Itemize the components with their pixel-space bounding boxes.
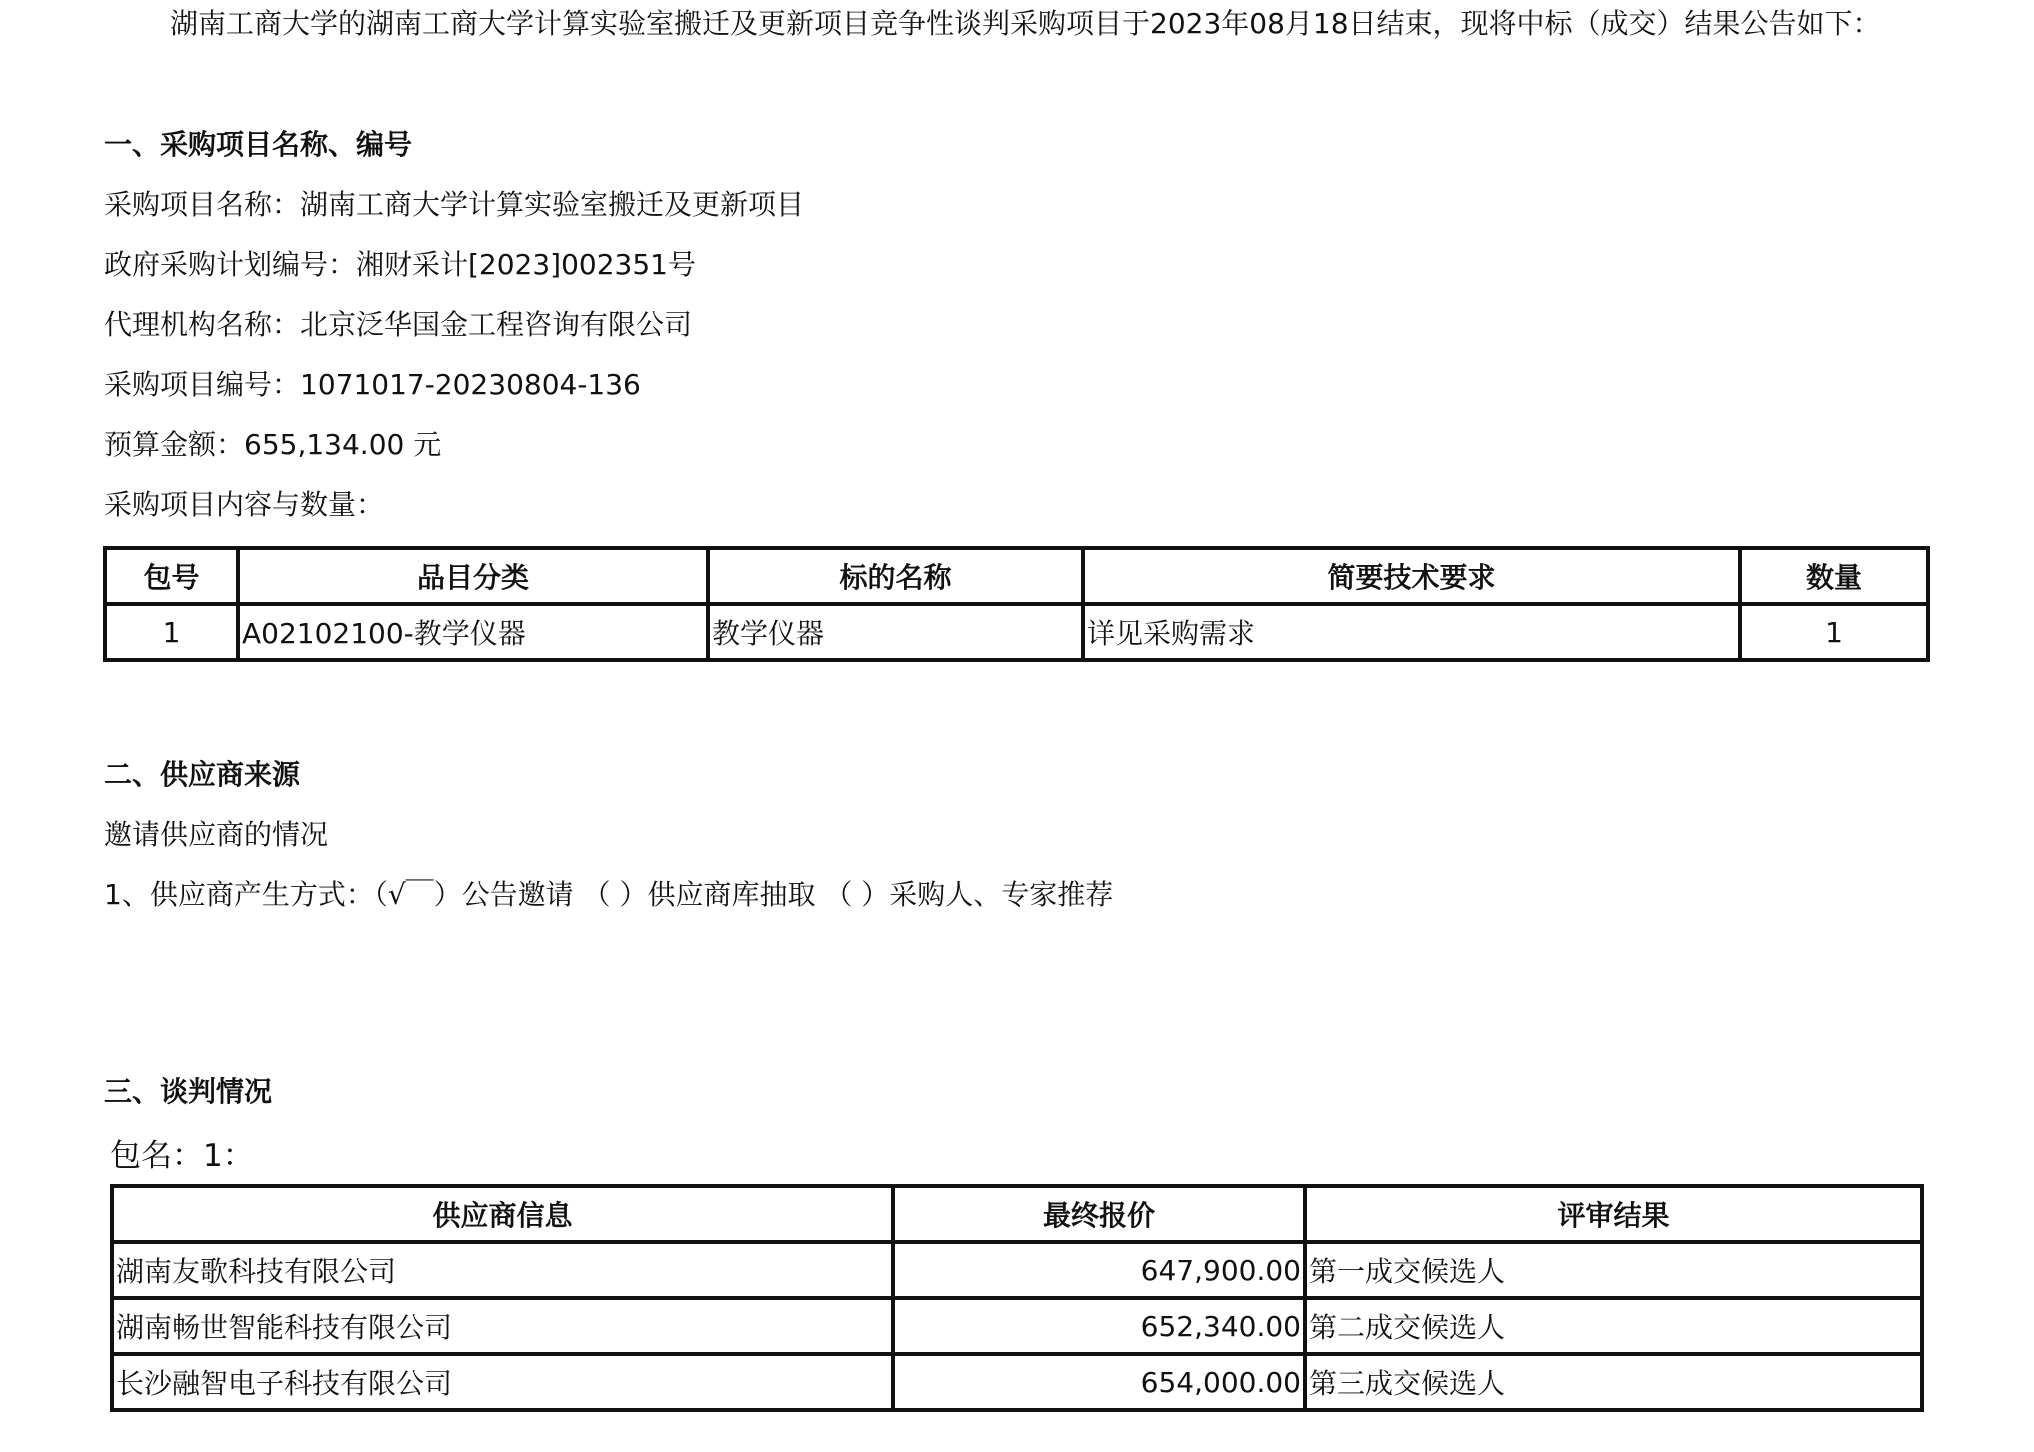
cell-result: 第二成交候选人 bbox=[1305, 1298, 1922, 1354]
results-table: 供应商信息 最终报价 评审结果 湖南友歌科技有限公司 647,900.00 第一… bbox=[110, 1184, 1924, 1412]
project-number: 采购项目编号：1071017-20230804-136 bbox=[104, 367, 641, 403]
cell-result: 第三成交候选人 bbox=[1305, 1354, 1922, 1410]
budget-amount: 预算金额：655,134.00 元 bbox=[104, 427, 441, 463]
cell-supplier: 湖南友歌科技有限公司 bbox=[112, 1242, 893, 1298]
header-final-price: 最终报价 bbox=[893, 1186, 1305, 1242]
items-table-header: 包号 品目分类 标的名称 简要技术要求 数量 bbox=[105, 548, 1928, 604]
cell-tech-req: 详见采购需求 bbox=[1083, 604, 1740, 660]
header-package-no: 包号 bbox=[105, 548, 238, 604]
table-row: 长沙融智电子科技有限公司 654,000.00 第三成交候选人 bbox=[112, 1354, 1922, 1410]
cell-price: 652,340.00 bbox=[893, 1298, 1305, 1354]
table-row: 湖南畅世智能科技有限公司 652,340.00 第二成交候选人 bbox=[112, 1298, 1922, 1354]
intro-text: 湖南工商大学的湖南工商大学计算实验室搬迁及更新项目竞争性谈判采购项目于2023年… bbox=[170, 6, 1881, 42]
cell-quantity: 1 bbox=[1740, 604, 1928, 660]
cell-price: 654,000.00 bbox=[893, 1354, 1305, 1410]
cell-item-name: 教学仪器 bbox=[708, 604, 1083, 660]
header-tech-req: 简要技术要求 bbox=[1083, 548, 1740, 604]
items-table: 包号 品目分类 标的名称 简要技术要求 数量 1 A02102100-教学仪器 … bbox=[103, 546, 1930, 662]
cell-category: A02102100-教学仪器 bbox=[238, 604, 708, 660]
supplier-method: 1、供应商产生方式：（√￣）公告邀请 （ ）供应商库抽取 （ ）采购人、专家推荐 bbox=[104, 877, 1113, 913]
cell-package-no: 1 bbox=[105, 604, 238, 660]
cell-price: 647,900.00 bbox=[893, 1242, 1305, 1298]
header-category: 品目分类 bbox=[238, 548, 708, 604]
package-label: 包名：1： bbox=[110, 1138, 254, 1174]
header-result: 评审结果 bbox=[1305, 1186, 1922, 1242]
section2-heading: 二、供应商来源 bbox=[104, 757, 300, 793]
agency-name: 代理机构名称：北京泛华国金工程咨询有限公司 bbox=[104, 307, 692, 343]
cell-result: 第一成交候选人 bbox=[1305, 1242, 1922, 1298]
section1-heading: 一、采购项目名称、编号 bbox=[104, 127, 412, 163]
cell-supplier: 长沙融智电子科技有限公司 bbox=[112, 1354, 893, 1410]
header-quantity: 数量 bbox=[1740, 548, 1928, 604]
results-table-header: 供应商信息 最终报价 评审结果 bbox=[112, 1186, 1922, 1242]
section3-heading: 三、谈判情况 bbox=[104, 1074, 272, 1110]
content-label: 采购项目内容与数量： bbox=[104, 487, 384, 523]
cell-supplier: 湖南畅世智能科技有限公司 bbox=[112, 1298, 893, 1354]
header-item-name: 标的名称 bbox=[708, 548, 1083, 604]
plan-number: 政府采购计划编号：湘财采计[2023]002351号 bbox=[104, 247, 696, 283]
section2-subheading: 邀请供应商的情况 bbox=[104, 817, 328, 853]
table-row: 湖南友歌科技有限公司 647,900.00 第一成交候选人 bbox=[112, 1242, 1922, 1298]
table-row: 1 A02102100-教学仪器 教学仪器 详见采购需求 1 bbox=[105, 604, 1928, 660]
header-supplier: 供应商信息 bbox=[112, 1186, 893, 1242]
project-name: 采购项目名称：湖南工商大学计算实验室搬迁及更新项目 bbox=[104, 187, 804, 223]
